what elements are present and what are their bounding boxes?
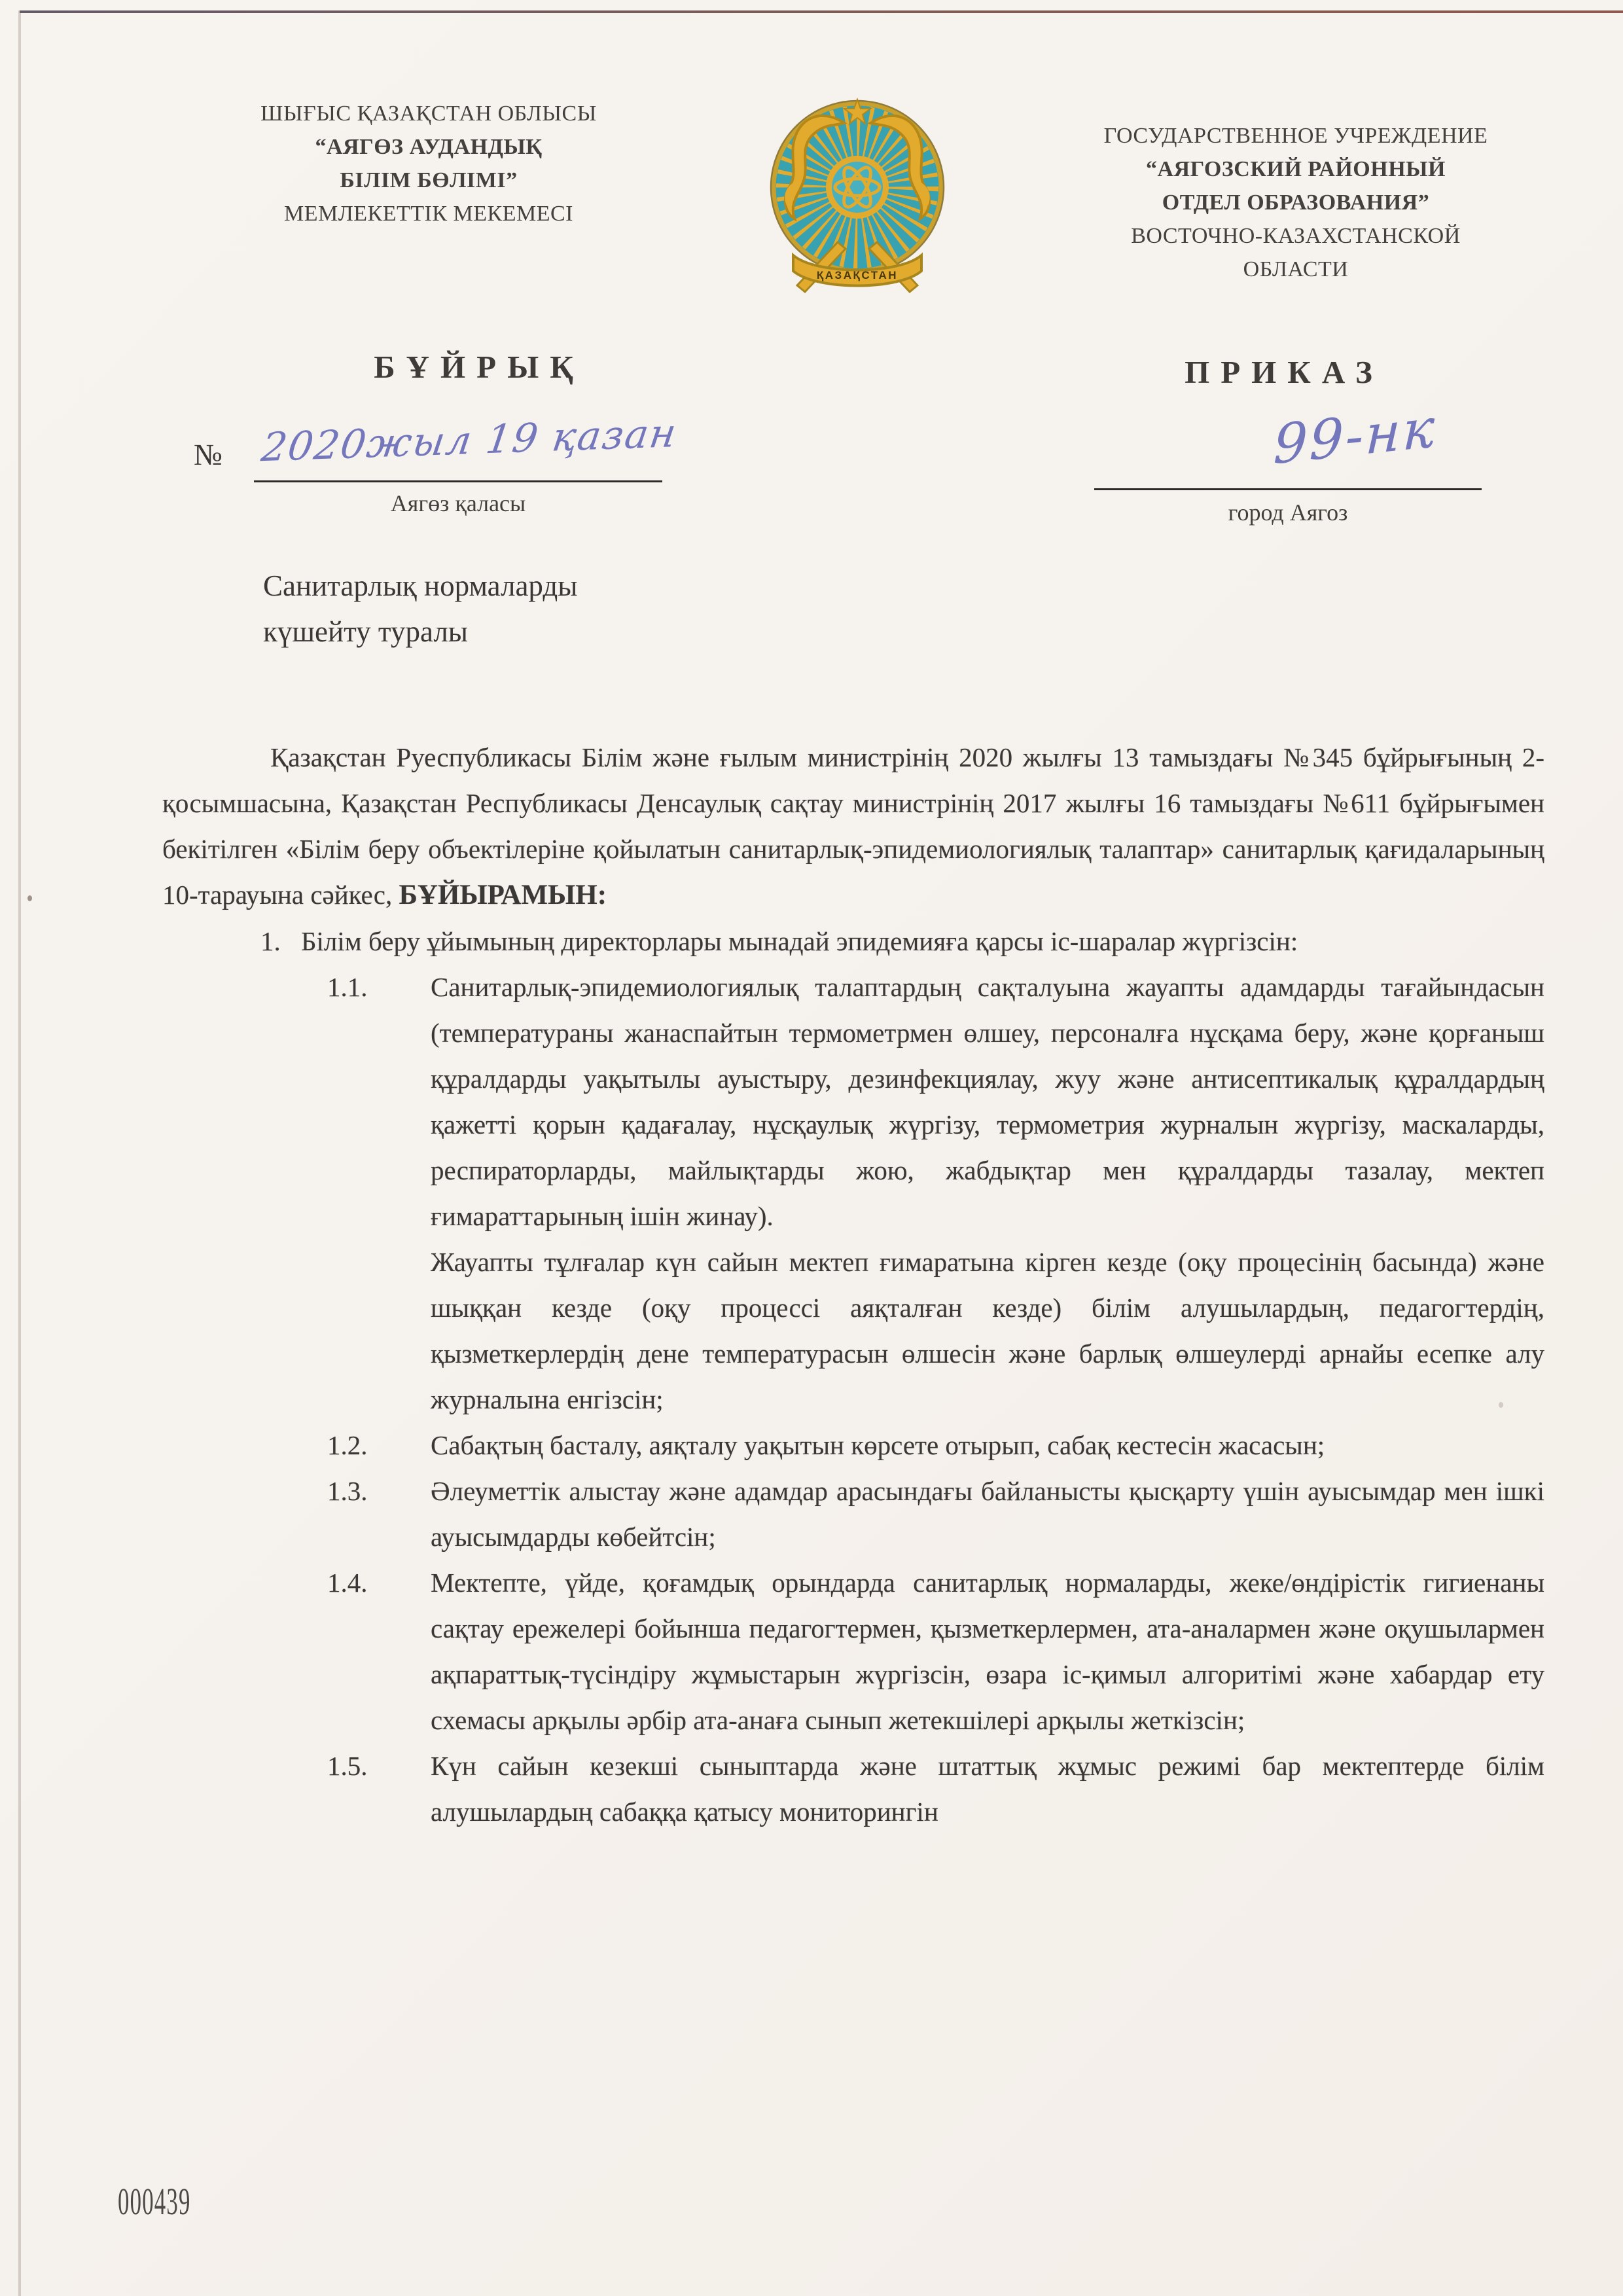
org-region-kk: ШЫҒЫС ҚАЗАҚСТАН ОБЛЫСЫ [196, 97, 661, 130]
org-name-kk-2: БІЛІМ БӨЛІМІ” [196, 164, 661, 197]
item-text: Күн сайын кезекші сыныптарда және штатты… [431, 1743, 1544, 1835]
letterhead-org-russian: ГОСУДАРСТВЕННОЕ УЧРЕЖДЕНИЕ “АЯГОЗСКИЙ РА… [1037, 119, 1554, 286]
org-type-kk: МЕМЛЕКЕТТІК МЕКЕМЕСІ [196, 197, 661, 230]
scanned-order-page: { "doc": { "header": { "left_org": { "li… [0, 0, 1623, 2296]
order-number-label: № [194, 437, 223, 472]
order-item-1-4: 1.4. Мектепте, үйде, қоғамдық орындарда … [162, 1560, 1544, 1743]
item-number: 1.2. [327, 1422, 431, 1468]
handwritten-date-number: 2020жыл 19 қазан [259, 410, 684, 471]
org-type-ru: ГОСУДАРСТВЕННОЕ УЧРЕЖДЕНИЕ [1037, 119, 1554, 152]
number-underline-right [1094, 488, 1482, 490]
item-number: 1.1. [327, 964, 431, 1239]
item-text: Білім беру ұйымының директорлары мынадай… [301, 918, 1544, 964]
subject-line-2: күшейту туралы [263, 609, 852, 655]
org-name-ru-2: ОТДЕЛ ОБРАЗОВАНИЯ” [1037, 186, 1554, 219]
letterhead-org-kazakh: ШЫҒЫС ҚАЗАҚСТАН ОБЛЫСЫ “АЯГӨЗ АУДАНДЫҚ Б… [196, 97, 661, 230]
item-text: Әлеуметтік алыстау және адамдар арасында… [431, 1468, 1544, 1560]
handwritten-order-number: 99-нк [1272, 387, 1535, 477]
item-text: Мектепте, үйде, қоғамдық орындарда санит… [431, 1560, 1544, 1743]
page-registration-stamp: 000439 [118, 2179, 191, 2223]
order-item-1-1-continuation: Жауапты тұлғалар күн сайын мектеп ғимара… [431, 1239, 1544, 1422]
item-number: 1.3. [327, 1468, 431, 1560]
item-text: Сабақтың басталу, аяқталу уақытын көрсет… [431, 1422, 1544, 1468]
item-number: 1. [260, 918, 301, 964]
scan-edge-artifact-top [20, 10, 1623, 13]
kazakhstan-coat-of-arms: ҚАЗАҚСТАН [760, 84, 954, 314]
order-item-1-5: 1.5. Күн сайын кезекші сыныптарда және ш… [162, 1743, 1544, 1835]
intro-ordering-word: БҰЙЫРАМЫН: [399, 880, 607, 910]
place-caption-kazakh: Аягөз қаласы [254, 490, 662, 517]
item-text: Санитарлық-эпидемиологиялық талаптардың … [431, 964, 1544, 1239]
item-number: 1.5. [327, 1743, 431, 1835]
order-title-russian: ПРИКАЗ [1088, 353, 1480, 391]
subject-line-1: Санитарлық нормаларды [263, 563, 852, 609]
place-caption-russian: город Аягоз [1094, 499, 1482, 526]
order-title-kazakh: БҰЙРЫҚ [283, 348, 675, 386]
order-item-1-1: 1.1. Санитарлық-эпидемиологиялық талапта… [162, 964, 1544, 1239]
number-underline-left [254, 480, 662, 482]
emblem-center [832, 162, 883, 213]
emblem-banner-text: ҚАЗАҚСТАН [817, 269, 898, 281]
item-number: 1.4. [327, 1560, 431, 1743]
org-region-ru-2: ОБЛАСТИ [1037, 253, 1554, 286]
scan-speck [27, 895, 32, 901]
intro-text: Қазақстан Руеспубликасы Білім және ғылым… [162, 742, 1544, 910]
org-name-ru-1: “АЯГОЗСКИЙ РАЙОННЫЙ [1037, 152, 1554, 186]
order-item-1-2: 1.2. Сабақтың басталу, аяқталу уақытын к… [162, 1422, 1544, 1468]
order-body: Қазақстан Руеспубликасы Білім және ғылым… [162, 734, 1544, 1835]
scan-edge-artifact-left [18, 10, 21, 2296]
intro-paragraph: Қазақстан Руеспубликасы Білім және ғылым… [162, 734, 1544, 918]
org-region-ru-1: ВОСТОЧНО-КАЗАХСТАНСКОЙ [1037, 219, 1554, 253]
order-item-1-3: 1.3. Әлеуметтік алыстау және адамдар ара… [162, 1468, 1544, 1560]
org-name-kk-1: “АЯГӨЗ АУДАНДЫҚ [196, 130, 661, 164]
order-item-1: 1. Білім беру ұйымының директорлары мына… [162, 918, 1544, 964]
order-subject: Санитарлық нормаларды күшейту туралы [263, 563, 852, 655]
